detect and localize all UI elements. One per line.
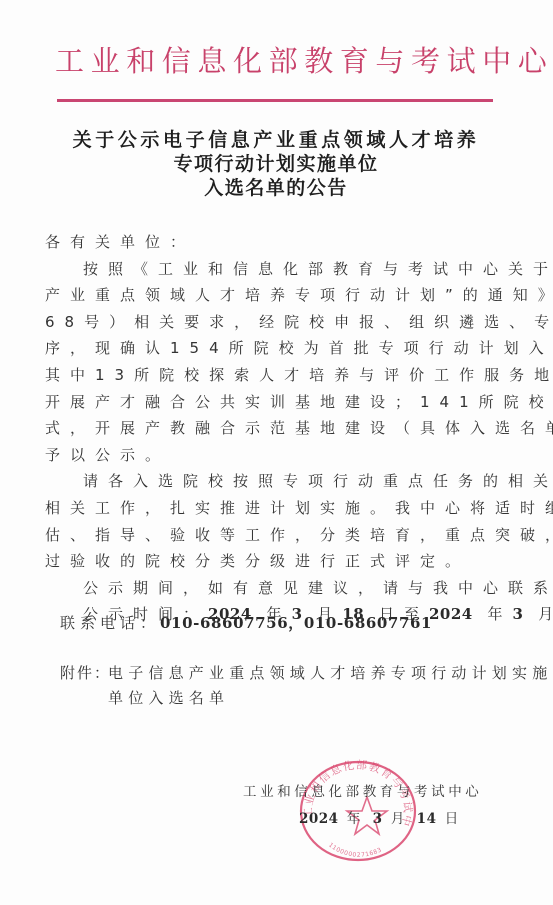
document-body: 各有关单位： 按照《工业和信息化部教育与考试中心关于开展“电子信息 产业重点领域… bbox=[45, 229, 507, 628]
paragraph-2-line: 请各入选院校按照专项行动重点任务的相关要求及时启动 bbox=[45, 468, 507, 495]
document-page: 工业和信息化部教育与考试中心 关于公示电子信息产业重点领域人才培养 专项行动计划… bbox=[0, 0, 553, 905]
attachment-line-1: 电子信息产业重点领域人才培养专项行动计划实施 bbox=[108, 664, 552, 682]
paragraph-2-line: 过验收的院校分类分级进行正式评定。 bbox=[45, 548, 507, 575]
title-line-1: 关于公示电子信息产业重点领域人才培养 bbox=[60, 128, 492, 152]
paragraph-1-line: 68号）相关要求，经院校申报、组织遴选、专家评审等工作程 bbox=[45, 309, 507, 336]
signature-block: 工业和信息化部教育与考试中心 2024 年 3 月 14 日 bbox=[243, 780, 473, 827]
paragraph-1-line: 其中13所院校探索人才培养与评价工作服务地方产业新模式， bbox=[45, 362, 507, 389]
paragraph-2-line: 相关工作，扎实推进计划实施。我中心将适时组织开展检查、评 bbox=[45, 495, 507, 522]
unit-day: 日 bbox=[445, 811, 463, 827]
signature-org: 工业和信息化部教育与考试中心 bbox=[243, 784, 482, 800]
paragraph-1-line: 式，开展产教融合示范基地建设（具体入选名单详见附件）。现 bbox=[45, 415, 507, 442]
contact-phone: 联系电话：010-68607756，010-68607761 bbox=[60, 612, 432, 633]
paragraph-1: 按照《工业和信息化部教育与考试中心关于开展“电子信息 产业重点领域人才培养专项行… bbox=[45, 256, 507, 469]
letterhead-org-name: 工业和信息化部教育与考试中心 bbox=[55, 44, 495, 80]
paragraph-1-line: 产业重点领域人才培养专项行动计划”的通知》（工信教〔2023〕 bbox=[45, 282, 507, 309]
unit-month: 月 bbox=[538, 605, 553, 623]
letterhead-red-rule bbox=[57, 99, 493, 102]
paragraph-3: 公示期间，如有意见建议，请与我中心联系。 bbox=[45, 575, 507, 602]
signature-month: 3 bbox=[373, 811, 383, 827]
contact-label: 联系电话： bbox=[60, 614, 160, 632]
signature-year: 2024 bbox=[299, 811, 339, 827]
paragraph-1-line: 予以公示。 bbox=[45, 442, 507, 469]
attachment-label: 附件： bbox=[60, 661, 108, 686]
end-month: 3 bbox=[513, 605, 524, 623]
paragraph-1-line: 序，现确认154所院校为首批专项行动计划入选实施单位。确认 bbox=[45, 335, 507, 362]
stamp-code: 1100000271683 bbox=[327, 842, 383, 859]
contact-phones: 010-68607756，010-68607761 bbox=[160, 614, 432, 632]
signature-date: 2024 年 3 月 14 日 bbox=[243, 807, 473, 827]
document-title: 关于公示电子信息产业重点领域人才培养 专项行动计划实施单位 入选名单的公告 bbox=[60, 128, 492, 200]
title-line-2: 专项行动计划实施单位 bbox=[60, 152, 492, 176]
paragraph-2-line: 估、指导、验收等工作，分类培育，重点突破，打造示范，对通 bbox=[45, 522, 507, 549]
paragraph-1-line: 开展产才融合公共实训基地建设；141所院校探索育训结合新模 bbox=[45, 389, 507, 416]
end-year: 2024 bbox=[429, 605, 473, 623]
title-line-3: 入选名单的公告 bbox=[60, 176, 492, 200]
signature-day: 14 bbox=[417, 811, 437, 827]
unit-month: 月 bbox=[391, 811, 409, 827]
attachment-line-2: 单位入选名单 bbox=[60, 686, 552, 711]
unit-year: 年 bbox=[488, 605, 513, 623]
salutation: 各有关单位： bbox=[45, 229, 507, 256]
paragraph-1-line: 按照《工业和信息化部教育与考试中心关于开展“电子信息 bbox=[45, 256, 507, 283]
unit-year: 年 bbox=[347, 811, 365, 827]
svg-text:1100000271683: 1100000271683 bbox=[327, 842, 383, 859]
paragraph-2: 请各入选院校按照专项行动重点任务的相关要求及时启动 相关工作，扎实推进计划实施。… bbox=[45, 468, 507, 574]
attachment: 附件：电子信息产业重点领域人才培养专项行动计划实施 单位入选名单 bbox=[60, 661, 552, 711]
